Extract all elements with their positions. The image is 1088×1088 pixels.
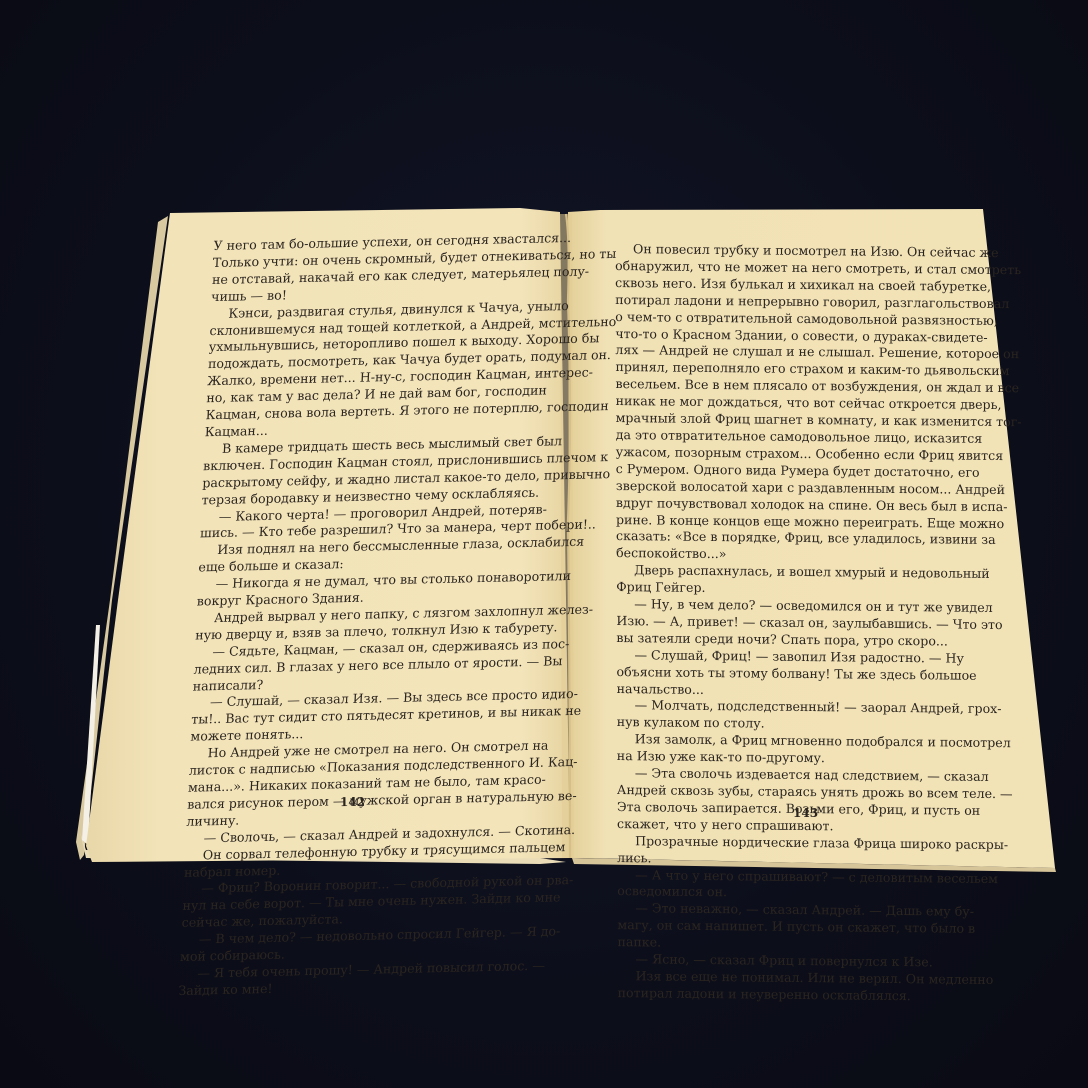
- left-page-number: 142: [340, 795, 365, 809]
- right-page-text: Он повесил трубку и посмотрел на Изю. Он…: [615, 241, 958, 1005]
- text-line: Прозрачные нордические глаза Фрица широк…: [617, 833, 957, 853]
- right-page-number: 143: [793, 806, 818, 820]
- left-page-text: У него там бо-ольшие успехи, он сегодня …: [178, 231, 542, 1000]
- text-line: потирал ладони и неуверенно осклаблялся.: [618, 985, 958, 1005]
